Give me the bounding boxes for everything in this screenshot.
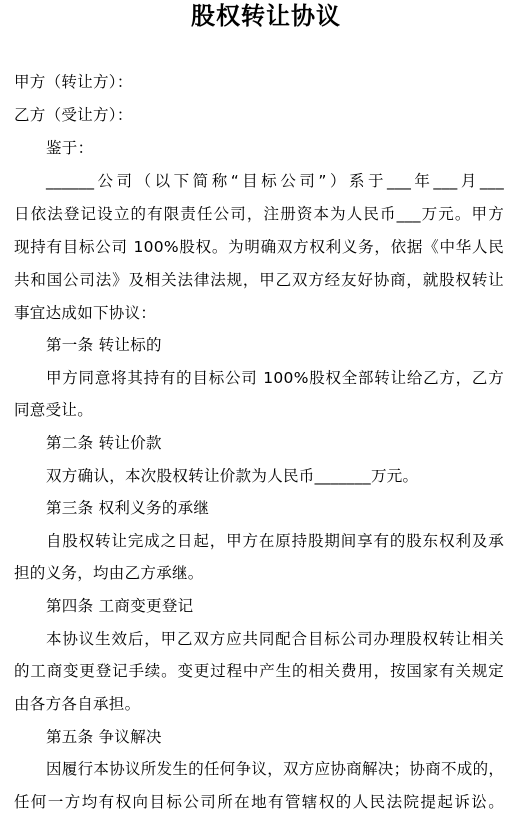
party-a-label: 甲方（转让方）： <box>14 72 504 92</box>
article-1-heading: 第一条 转让标的 <box>46 335 504 355</box>
preamble-line: 日依法登记设立的有限责任公司，注册资本为人民币___万元。甲方 <box>14 204 504 224</box>
article-3-line: 担的义务，均由乙方承继。 <box>14 563 504 583</box>
preamble-heading: 鉴于： <box>46 138 504 158</box>
article-1-line: 甲方同意将其持有的目标公司 100%股权全部转让给乙方，乙方 <box>46 368 504 388</box>
preamble-line: 共和国公司法》及相关法律法规，甲乙双方经友好协商，就股权转让 <box>14 270 504 290</box>
preamble-line: 现持有目标公司 100%股权。为明确双方权利义务，依据《中华人民 <box>14 237 504 257</box>
article-4-heading: 第四条 工商变更登记 <box>46 596 504 616</box>
article-4-line: 本协议生效后，甲乙双方应共同配合目标公司办理股权转让相关 <box>46 629 504 649</box>
article-2-line: 双方确认，本次股权转让价款为人民币_______万元。 <box>46 466 504 486</box>
preamble-line: ______公司（以下简称“目标公司”）系于___年___月___ <box>46 171 504 191</box>
article-5-line: 任何一方均有权向目标公司所在地有管辖权的人民法院提起诉讼。 <box>14 792 504 812</box>
party-b-label: 乙方（受让方）： <box>14 105 504 125</box>
article-3-heading: 第三条 权利义务的承继 <box>46 498 504 518</box>
document-title: 股权转让协议 <box>0 0 532 32</box>
article-4-line: 的工商变更登记手续。变更过程中产生的相关费用，按国家有关规定 <box>14 661 504 681</box>
preamble-line: 事宜达成如下协议： <box>14 303 504 323</box>
article-4-line: 由各方各自承担。 <box>14 694 504 714</box>
article-3-line: 自股权转让完成之日起，甲方在原持股期间享有的股东权利及承 <box>46 531 504 551</box>
article-1-line: 同意受让。 <box>14 400 504 420</box>
article-5-line: 因履行本协议所发生的任何争议，双方应协商解决；协商不成的， <box>46 759 504 779</box>
article-2-heading: 第二条 转让价款 <box>46 433 504 453</box>
article-5-heading: 第五条 争议解决 <box>46 727 504 747</box>
